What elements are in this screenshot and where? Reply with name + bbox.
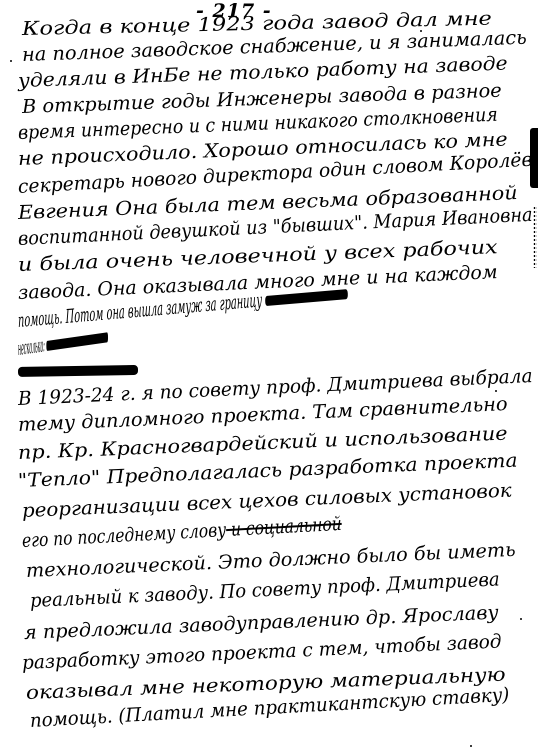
scan-edge-noise: [533, 206, 537, 268]
manuscript-page: - 217 - Когда в конце 1923 года завод да…: [0, 0, 538, 750]
scribbled-out-text: [18, 365, 138, 377]
scan-speck: [520, 618, 522, 620]
scan-speck: [470, 745, 472, 747]
line-text: несколько:: [18, 334, 45, 360]
scan-speck: [10, 60, 12, 62]
scribbled-out-text: [46, 332, 108, 351]
manuscript-line: [18, 358, 138, 382]
scan-speck: [420, 30, 422, 32]
scribbled-out-text: [265, 289, 348, 306]
scan-speck: [495, 390, 497, 392]
scan-edge-shadow: [530, 128, 538, 188]
line-text: его по последнему слову: [22, 519, 227, 552]
struck-through-text: и социальной: [226, 513, 342, 541]
